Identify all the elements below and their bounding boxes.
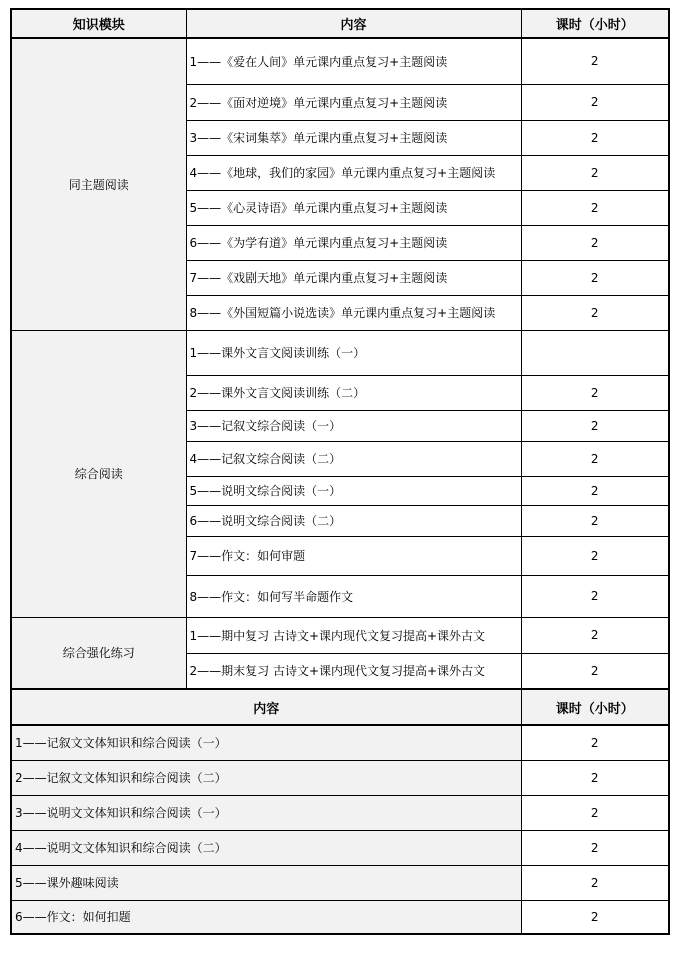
content-cell: 2——课外文言文阅读训练（二） bbox=[186, 375, 521, 410]
table-row: 综合阅读 1——课外文言文阅读训练（一） bbox=[11, 330, 669, 375]
hours-cell: 2 bbox=[521, 84, 669, 120]
hours-cell: 2 bbox=[521, 38, 669, 84]
content-cell: 5——《心灵诗语》单元课内重点复习+主题阅读 bbox=[186, 190, 521, 225]
content-cell: 5——说明文综合阅读（一） bbox=[186, 476, 521, 505]
content-cell: 8——《外国短篇小说选读》单元课内重点复习+主题阅读 bbox=[186, 295, 521, 330]
hours-cell: 2 bbox=[521, 260, 669, 295]
hours-cell: 2 bbox=[521, 795, 669, 830]
content-cell: 4——说明文文体知识和综合阅读（二） bbox=[11, 830, 521, 865]
content-cell: 4——记叙文综合阅读（二） bbox=[186, 441, 521, 476]
module-cell-section3: 综合强化练习 bbox=[11, 617, 186, 689]
col-header-hours-2: 课时（小时） bbox=[521, 689, 669, 725]
table-row: 1——记叙文文体知识和综合阅读（一） 2 bbox=[11, 725, 669, 760]
module-cell-section1: 同主题阅读 bbox=[11, 38, 186, 330]
table-row: 2——记叙文文体知识和综合阅读（二） 2 bbox=[11, 760, 669, 795]
content-cell: 7——作文：如何审题 bbox=[186, 536, 521, 575]
hours-cell: 2 bbox=[521, 476, 669, 505]
table1-header-row: 知识模块 内容 课时（小时） bbox=[11, 9, 669, 38]
content-cell: 1——《爱在人间》单元课内重点复习+主题阅读 bbox=[186, 38, 521, 84]
table-row: 6——作文：如何扣题 2 bbox=[11, 900, 669, 934]
content-cell: 2——记叙文文体知识和综合阅读（二） bbox=[11, 760, 521, 795]
content-cell: 3——记叙文综合阅读（一） bbox=[186, 410, 521, 441]
table-row: 3——说明文文体知识和综合阅读（一） 2 bbox=[11, 795, 669, 830]
hours-cell: 2 bbox=[521, 760, 669, 795]
hours-cell: 2 bbox=[521, 865, 669, 900]
content-cell: 3——说明文文体知识和综合阅读（一） bbox=[11, 795, 521, 830]
hours-cell: 2 bbox=[521, 441, 669, 476]
content-cell: 5——课外趣味阅读 bbox=[11, 865, 521, 900]
col-header-content: 内容 bbox=[186, 9, 521, 38]
hours-cell: 2 bbox=[521, 653, 669, 689]
hours-cell: 2 bbox=[521, 617, 669, 653]
content-cell: 1——期中复习 古诗文+课内现代文复习提高+课外古文 bbox=[186, 617, 521, 653]
hours-cell: 2 bbox=[521, 830, 669, 865]
content-cell: 6——《为学有道》单元课内重点复习+主题阅读 bbox=[186, 225, 521, 260]
hours-cell: 2 bbox=[521, 120, 669, 155]
table-row: 同主题阅读 1——《爱在人间》单元课内重点复习+主题阅读 2 bbox=[11, 38, 669, 84]
hours-cell: 2 bbox=[521, 725, 669, 760]
content-cell: 2——期末复习 古诗文+课内现代文复习提高+课外古文 bbox=[186, 653, 521, 689]
content-cell: 1——记叙文文体知识和综合阅读（一） bbox=[11, 725, 521, 760]
hours-cell: 2 bbox=[521, 575, 669, 617]
content-cell: 8——作文：如何写半命题作文 bbox=[186, 575, 521, 617]
col-header-module: 知识模块 bbox=[11, 9, 186, 38]
content-cell: 7——《戏剧天地》单元课内重点复习+主题阅读 bbox=[186, 260, 521, 295]
module-cell-section2: 综合阅读 bbox=[11, 330, 186, 617]
hours-cell: 2 bbox=[521, 155, 669, 190]
content-cell: 6——作文：如何扣题 bbox=[11, 900, 521, 934]
content-cell: 2——《面对逆境》单元课内重点复习+主题阅读 bbox=[186, 84, 521, 120]
hours-cell: 2 bbox=[521, 410, 669, 441]
col-header-content-2: 内容 bbox=[11, 689, 521, 725]
hours-cell: 2 bbox=[521, 190, 669, 225]
table-row: 4——说明文文体知识和综合阅读（二） 2 bbox=[11, 830, 669, 865]
hours-cell: 2 bbox=[521, 225, 669, 260]
hours-cell: 2 bbox=[521, 536, 669, 575]
table-row: 综合强化练习 1——期中复习 古诗文+课内现代文复习提高+课外古文 2 bbox=[11, 617, 669, 653]
content-cell: 6——说明文综合阅读（二） bbox=[186, 505, 521, 536]
hours-cell: 2 bbox=[521, 295, 669, 330]
hours-cell: 2 bbox=[521, 375, 669, 410]
hours-cell: 2 bbox=[521, 900, 669, 934]
table-row: 5——课外趣味阅读 2 bbox=[11, 865, 669, 900]
course-table: 知识模块 内容 课时（小时） 同主题阅读 1——《爱在人间》单元课内重点复习+主… bbox=[10, 8, 670, 935]
hours-cell-empty bbox=[521, 330, 669, 375]
hours-cell: 2 bbox=[521, 505, 669, 536]
table2-header-row: 内容 课时（小时） bbox=[11, 689, 669, 725]
content-cell: 4——《地球，我们的家园》单元课内重点复习+主题阅读 bbox=[186, 155, 521, 190]
document-page: 知识模块 内容 课时（小时） 同主题阅读 1——《爱在人间》单元课内重点复习+主… bbox=[0, 0, 680, 935]
col-header-hours: 课时（小时） bbox=[521, 9, 669, 38]
content-cell: 3——《宋词集萃》单元课内重点复习+主题阅读 bbox=[186, 120, 521, 155]
content-cell: 1——课外文言文阅读训练（一） bbox=[186, 330, 521, 375]
